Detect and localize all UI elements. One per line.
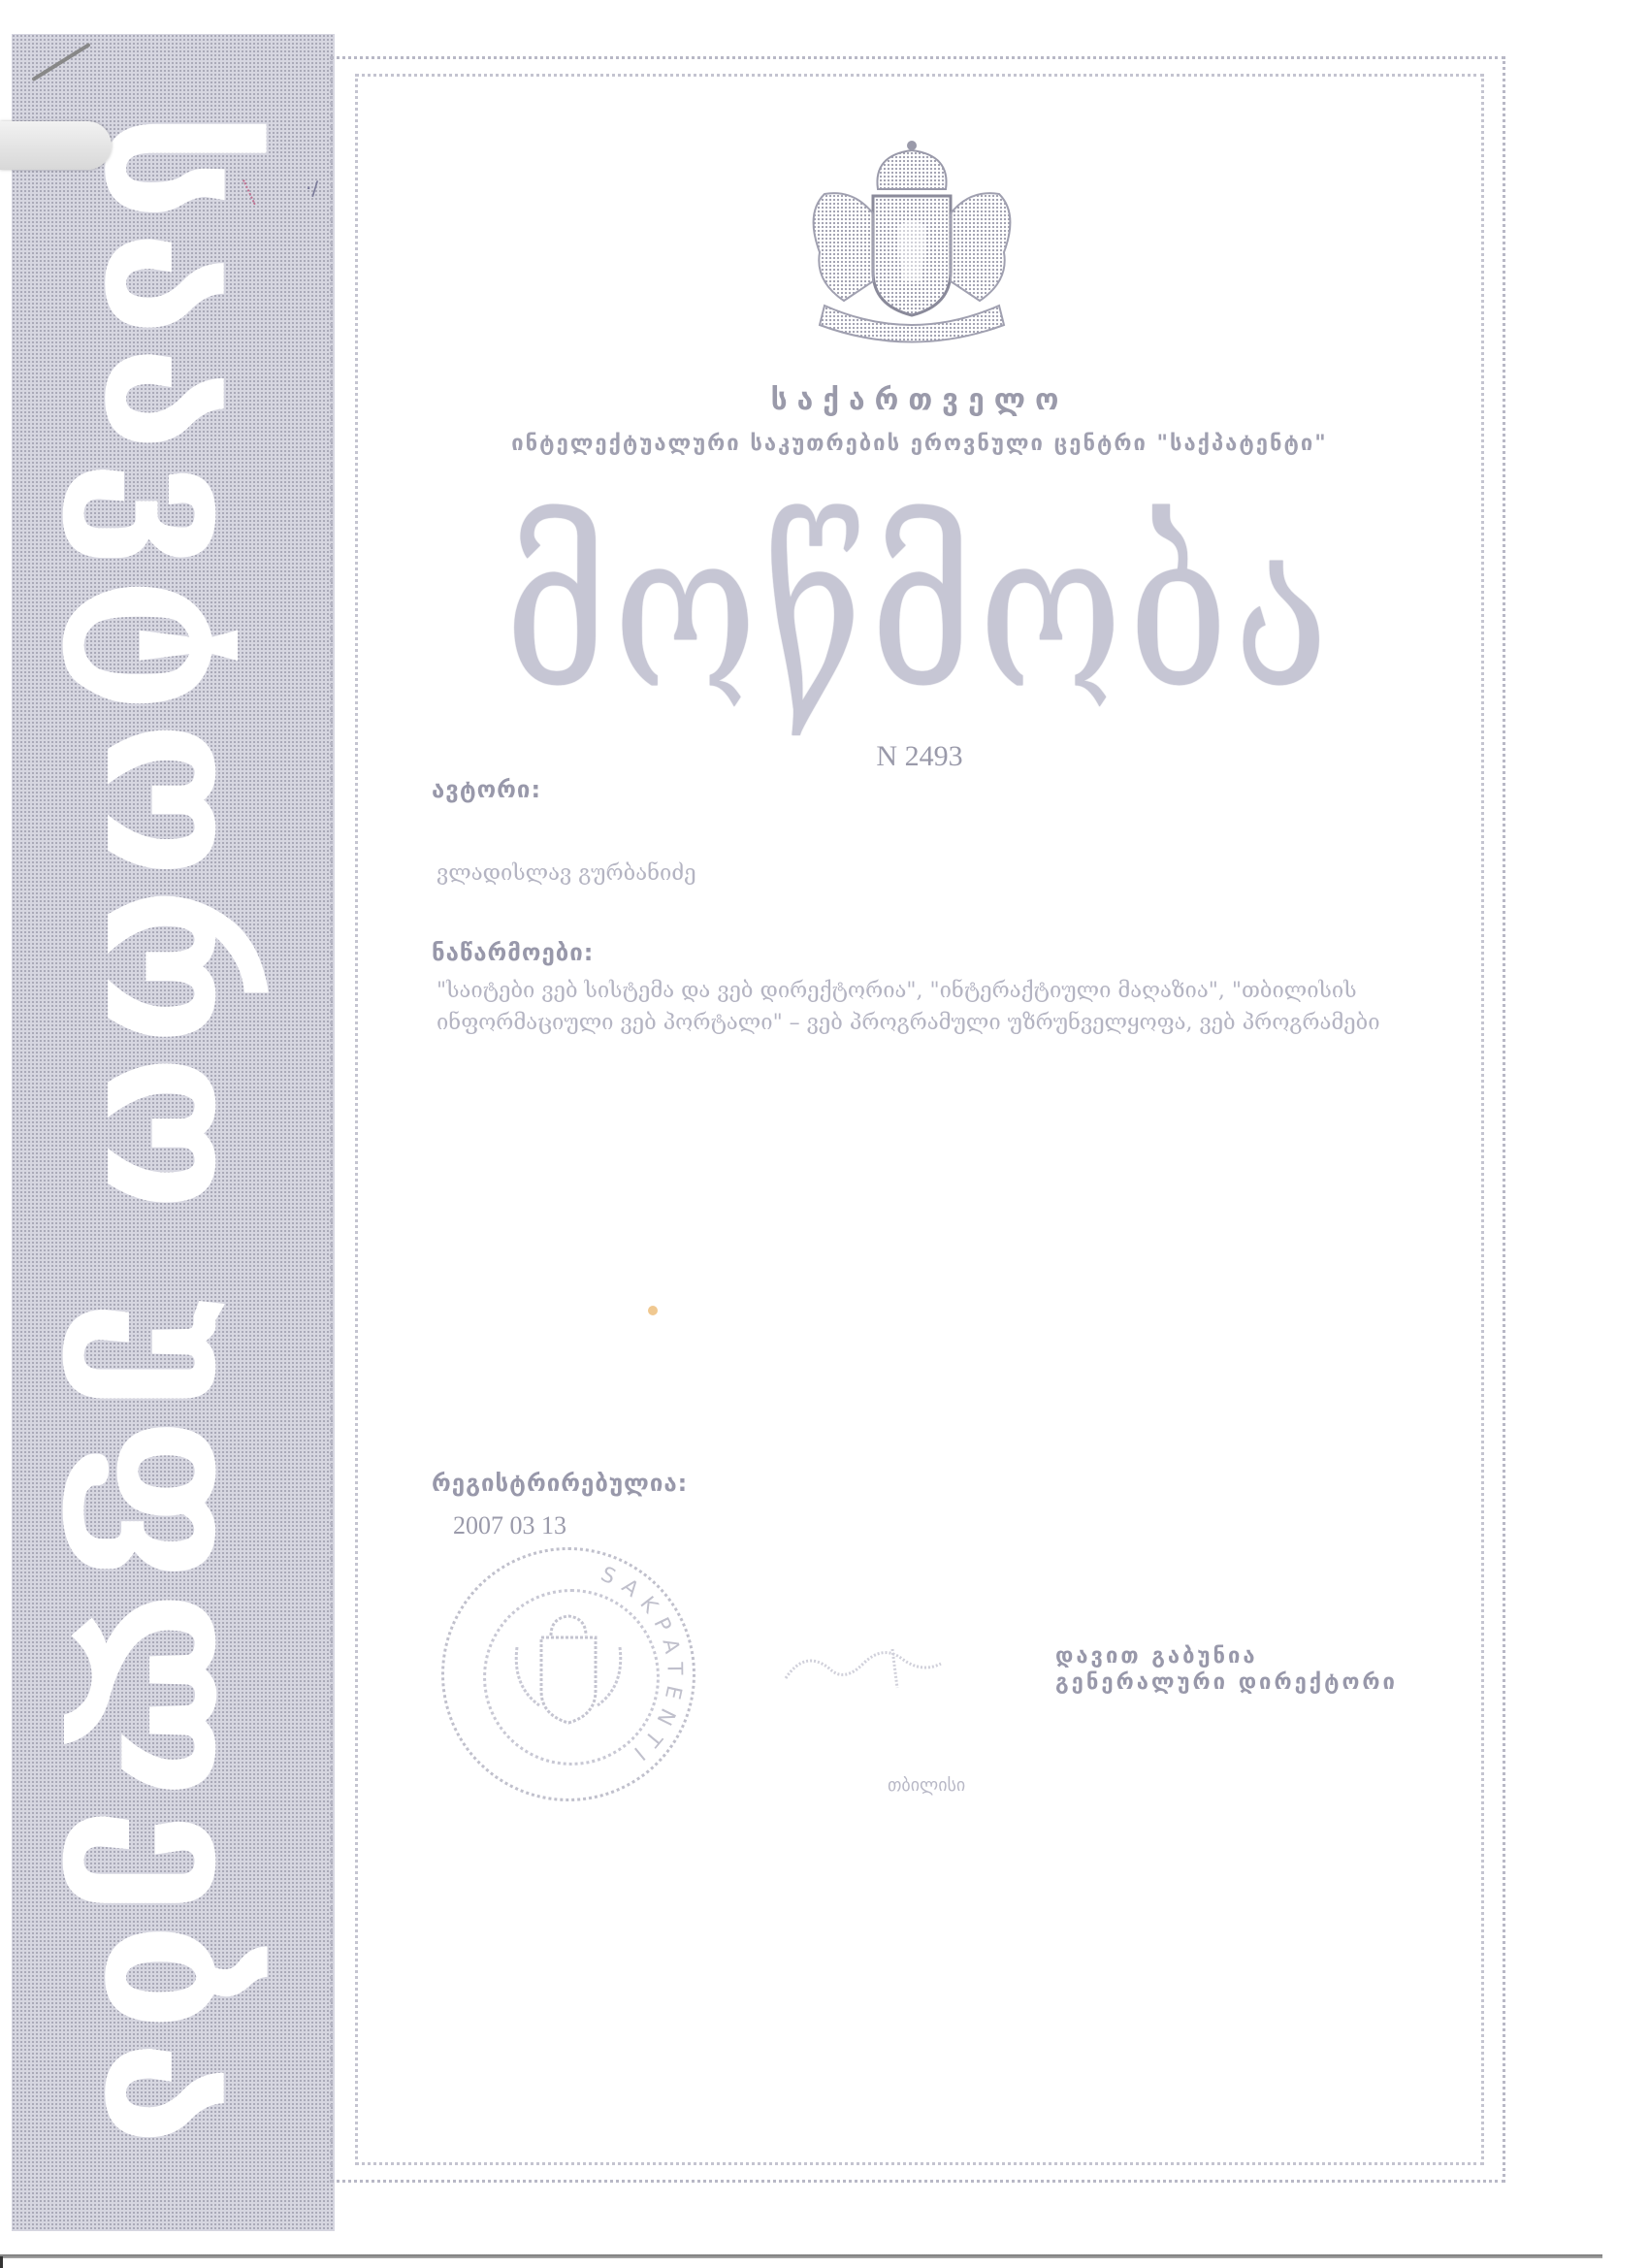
ink-dot bbox=[648, 1306, 658, 1315]
coat-of-arms-icon bbox=[786, 136, 1038, 349]
handwritten-mark-2: ·∕ bbox=[306, 177, 318, 200]
scan-edge-line bbox=[0, 2254, 1602, 2258]
document-title: მოწმობა bbox=[355, 490, 1484, 732]
signature bbox=[776, 1635, 951, 1702]
paper-clip bbox=[0, 121, 112, 170]
country-name: საქართველო bbox=[355, 383, 1484, 417]
place-of-issue: თბილისი bbox=[888, 1775, 965, 1796]
side-banner-text: საავტორო უფლება bbox=[77, 112, 271, 2155]
side-banner: საავტორო უფლება bbox=[12, 34, 335, 2231]
registration-label: რეგისტრირებულია: bbox=[432, 1470, 688, 1497]
scan-edge-corner bbox=[0, 2256, 3, 2268]
agency-name: ინტელექტუალური საკუთრების ეროვნული ცენტრ… bbox=[355, 432, 1484, 456]
works-value: "საიტები ვებ სისტემა და ვებ დირექტორია",… bbox=[436, 975, 1406, 1039]
registration-date: 2007 03 13 bbox=[453, 1511, 566, 1540]
signatory-name: დავით გაბუნია bbox=[1055, 1644, 1258, 1669]
author-value: ვლადისლავ გურბანიძე bbox=[436, 861, 696, 886]
works-label: ნაწარმოები: bbox=[432, 939, 594, 966]
official-seal-icon: SAKPATENTI bbox=[441, 1547, 695, 1801]
author-label: ავტორი: bbox=[432, 776, 541, 803]
signatory-title: გენერალური დირექტორი bbox=[1055, 1670, 1398, 1695]
seal-emblem-icon bbox=[502, 1608, 634, 1740]
certificate-number: N 2493 bbox=[355, 740, 1484, 773]
